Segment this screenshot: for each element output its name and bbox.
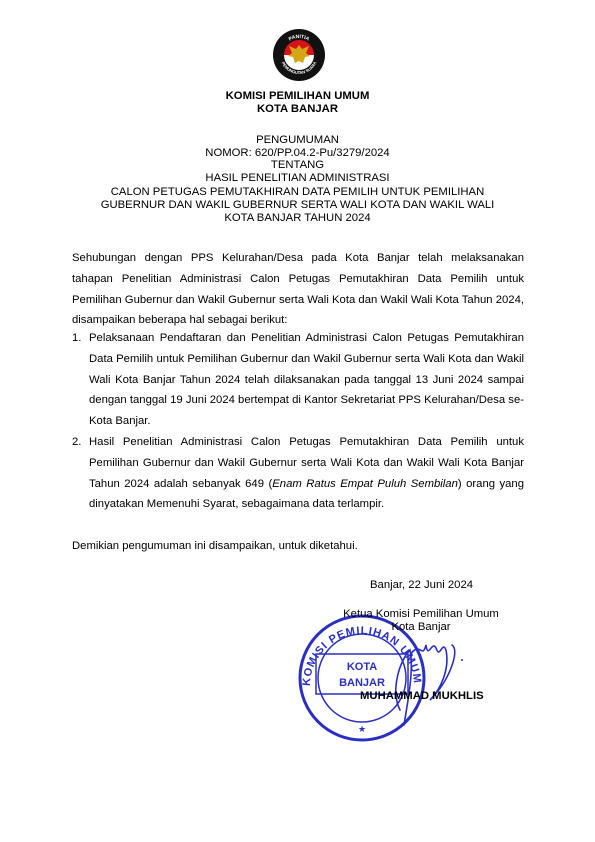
title-about: TENTANG [0, 159, 595, 172]
org-city: KOTA BANJAR [0, 103, 595, 116]
list-text: Pelaksanaan Pendaftaran dan Penelitian A… [89, 332, 524, 427]
announcement-title: PENGUMUMAN NOMOR: 620/PP.04.2-Pu/3279/20… [0, 134, 595, 224]
title-heading: PENGUMUMAN [0, 134, 595, 147]
count-in-words: Enam Ratus Empat Puluh Sembilan [272, 478, 458, 490]
signer-name: MUHAMMAD MUKHLIS [360, 690, 484, 702]
list-number: 2. [72, 432, 81, 453]
closing-statement: Demikian pengumuman ini disampaikan, unt… [72, 536, 358, 556]
title-subject-4: KOTA BANJAR TAHUN 2024 [0, 212, 595, 225]
org-name: KOMISI PEMILIHAN UMUM [0, 90, 595, 103]
organization-header: KOMISI PEMILIHAN UMUM KOTA BANJAR [0, 90, 595, 115]
list-number: 1. [72, 328, 81, 349]
title-subject-1: HASIL PENELITIAN ADMINISTRASI [0, 172, 595, 185]
kpu-emblem-logo: PANITIA PEMUNGUTAN SUARA [272, 28, 326, 82]
document-number: NOMOR: 620/PP.04.2-Pu/3279/2024 [0, 147, 595, 160]
svg-text:BANJAR: BANJAR [339, 677, 385, 689]
title-subject-2: CALON PETUGAS PEMUTAKHIRAN DATA PEMILIH … [0, 186, 595, 199]
svg-text:★: ★ [358, 724, 366, 734]
list-item: 1. Pelaksanaan Pendaftaran dan Penelitia… [72, 328, 524, 432]
title-subject-3: GUBERNUR DAN WAKIL GUBERNUR SERTA WALI K… [0, 199, 595, 212]
intro-paragraph: Sehubungan dengan PPS Kelurahan/Desa pad… [72, 248, 524, 331]
place-date: Banjar, 22 Juni 2024 [370, 579, 473, 591]
list-item: 2. Hasil Penelitian Administrasi Calon P… [72, 432, 524, 515]
handwritten-signature [380, 630, 470, 740]
list-text: Hasil Penelitian Administrasi Calon Petu… [89, 436, 524, 510]
svg-text:KOTA: KOTA [347, 661, 377, 673]
